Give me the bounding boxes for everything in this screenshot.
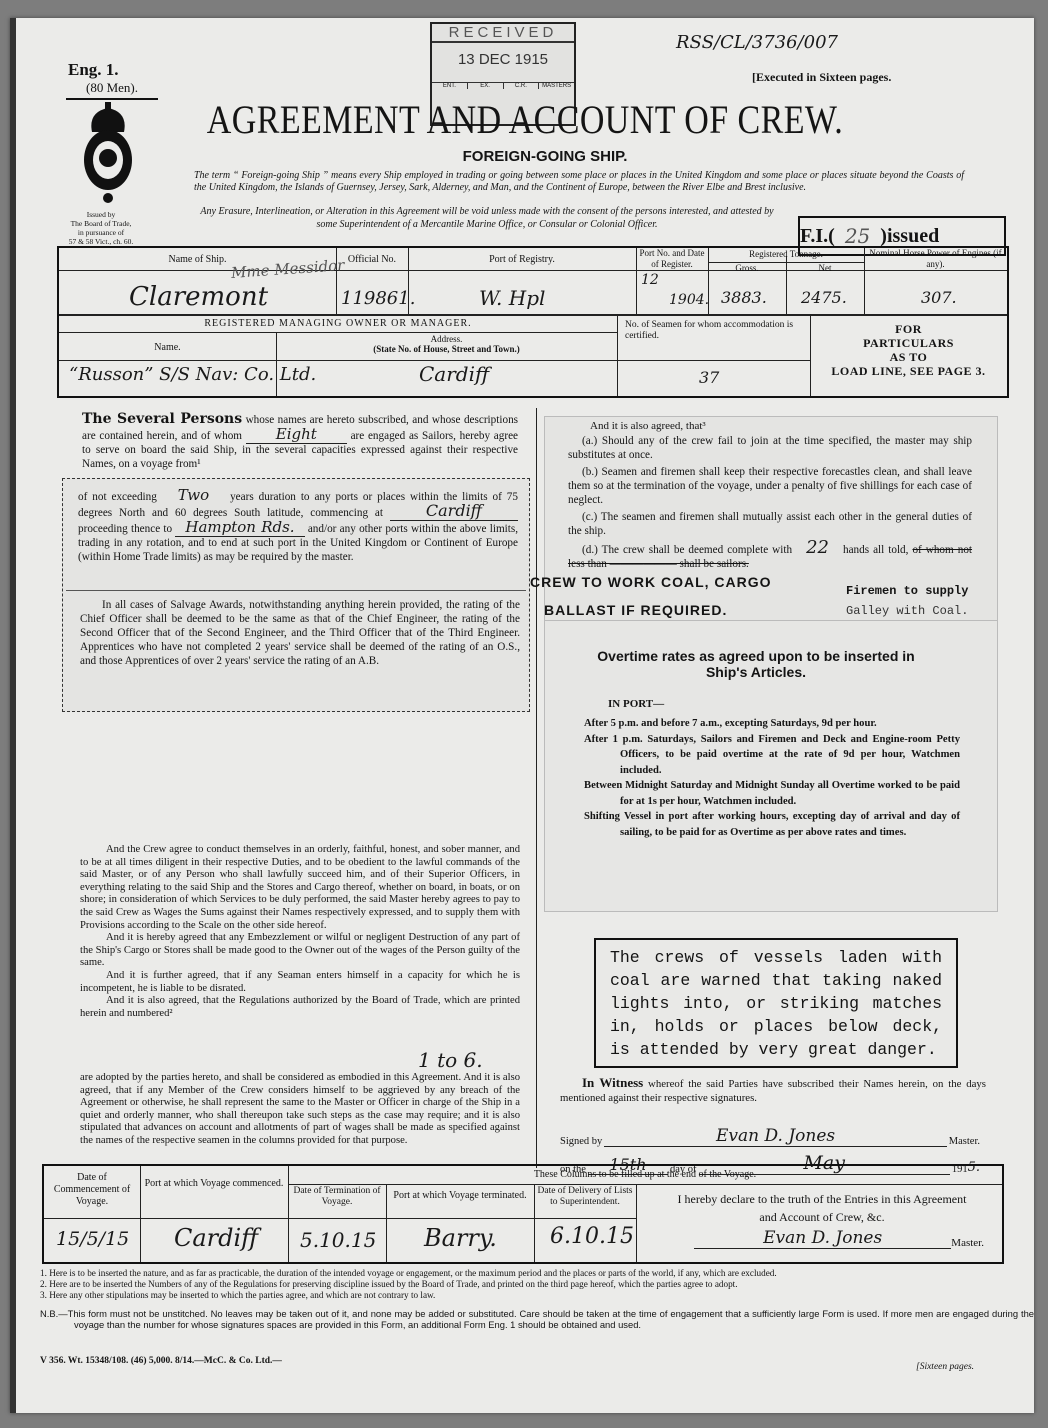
- label-owner-name: Name.: [59, 342, 276, 354]
- witness-clause: In Witness whereof the said Parties have…: [560, 1076, 986, 1105]
- adopted-clause: are adopted by the parties hereto, and s…: [80, 1072, 520, 1148]
- stipulation-d-cont: hands all told,: [843, 544, 908, 556]
- issuer-line: in pursuance of: [46, 228, 156, 237]
- official-no-value: 119861.: [341, 288, 415, 309]
- port-no-value: 12: [641, 272, 659, 288]
- issuer-line: Issued by: [46, 210, 156, 219]
- master-label: Master.: [951, 1237, 984, 1249]
- signed-by-line: Signed by Evan D. Jones Master.: [560, 1126, 980, 1147]
- crew-hands-value: 22: [796, 537, 839, 558]
- firemen-stamp-line2: Galley with Coal.: [846, 604, 968, 618]
- seamen-count-value: 37: [699, 368, 719, 387]
- voyage-dates-table: Date of Commencement of Voyage. Port at …: [42, 1164, 1004, 1264]
- clause-text: of not exceeding: [78, 491, 157, 503]
- nb-note: N.B.—This form must not be unstitched. N…: [40, 1308, 1034, 1330]
- clause-text: proceeding thence to: [78, 523, 172, 535]
- overtime-item: Between Midnight Saturday and Midnight S…: [584, 778, 960, 809]
- label-official-no: Official No.: [336, 254, 408, 266]
- label-owner-address: Address. (State No. of House, Street and…: [276, 334, 617, 354]
- declaration-signature: Evan D. Jones: [694, 1228, 951, 1249]
- label-port-commenced: Port at which Voyage commenced.: [140, 1178, 288, 1190]
- label-commencement: Date of Commencement of Voyage.: [44, 1172, 140, 1208]
- erasure-note: Any Erasure, Interlineation, or Alterati…: [192, 206, 782, 231]
- issuer-line: The Board of Trade,: [46, 219, 156, 228]
- crew-agree-text: And the Crew agree to conduct themselves…: [80, 844, 520, 932]
- ship-register-table: Name of Ship. Official No. Port of Regis…: [57, 246, 1009, 398]
- overtime-item: After 1 p.m. Saturdays, Sailors and Fire…: [584, 732, 960, 779]
- printer-imprint: V 356. Wt. 15348/108. (46) 5,000. 8/14.—…: [40, 1356, 282, 1366]
- form-code: Eng. 1.: [68, 60, 119, 80]
- overtime-title: Overtime rates as agreed upon to be inse…: [576, 648, 936, 680]
- owner-name-value: “Russon” S/S Nav: Co. Ltd.: [69, 364, 316, 385]
- voyage-from-value: Cardiff: [390, 501, 518, 521]
- label-gross: Gross.: [708, 262, 786, 274]
- stamp-prefix: F.I.(: [800, 225, 835, 248]
- port-commenced-value: Cardiff: [174, 1224, 258, 1252]
- coal-cargo-stamp: CREW TO WORK COAL, CARGO: [530, 574, 772, 590]
- stipulations-list: (a.) Should any of the crew fail to join…: [568, 434, 972, 571]
- regulations-numbers-value: 1 to 6.: [418, 1048, 483, 1072]
- stamp-suffix: )issued: [880, 225, 939, 248]
- gross-tonnage-value: 3883.: [721, 288, 767, 307]
- also-agreed-heading: And it is also agreed, that³: [590, 420, 706, 432]
- load-line-note: FOR PARTICULARS AS TO LOAD LINE, SEE PAG…: [810, 322, 1007, 378]
- label-port-no-date: Port No. and Date of Register.: [636, 248, 708, 270]
- master-signature: Evan D. Jones: [604, 1126, 947, 1147]
- several-persons-heading: The Several Persons: [82, 411, 242, 427]
- crew-conduct-clause: And the Crew agree to conduct themselves…: [80, 844, 520, 1020]
- regulations-text: And it is also agreed, that the Regulati…: [80, 995, 520, 1020]
- register-year-value: 1904.: [669, 292, 709, 308]
- address-hint: (State No. of House, Street and Town.): [276, 344, 617, 354]
- declaration-text: I hereby declare to the truth of the Ent…: [672, 1190, 972, 1226]
- footnote: 3. Here any other stipulations may be in…: [40, 1290, 1000, 1301]
- stamp-title: RECEIVED: [432, 24, 574, 43]
- executed-note: [Executed in Sixteen pages.: [752, 70, 891, 85]
- load-line-text: LOAD LINE, SEE PAGE 3.: [810, 364, 1007, 378]
- load-line-text: AS TO: [810, 350, 1007, 364]
- footnote: 2. Here are to be inserted the Numbers o…: [40, 1279, 1000, 1290]
- address-label: Address.: [276, 334, 617, 344]
- voyage-to-value: Hampton Rds.: [175, 518, 304, 537]
- stipulation-b: (b.) Seamen and firemen shall keep their…: [568, 465, 972, 507]
- firemen-stamp-line1: Firemen to supply: [846, 584, 968, 598]
- port-registry-value: W. Hpl: [479, 286, 545, 310]
- coal-warning-text: The crews of vessels laden with coal are…: [596, 940, 956, 1067]
- footnotes: 1. Here is to be inserted the nature, an…: [40, 1268, 1000, 1301]
- end-of-voyage-header: These Columns to be filled up at the end…: [288, 1169, 1002, 1181]
- page-title: AGREEMENT AND ACCOUNT OF CREW.: [92, 96, 957, 143]
- stamp-col: C.R.: [504, 83, 540, 89]
- issuer-note: Issued by The Board of Trade, in pursuan…: [46, 210, 156, 246]
- label-termination: Date of Termination of Voyage.: [288, 1186, 386, 1207]
- voyage-clause: of not exceeding Two years duration to a…: [78, 488, 518, 564]
- witness-heading: In Witness: [560, 1075, 643, 1090]
- stamp-date: 13 DEC 1915: [432, 51, 574, 68]
- label-delivery: Date of Delivery of Lists to Superintend…: [534, 1186, 636, 1207]
- master-label: Master.: [949, 1136, 980, 1147]
- load-line-text: PARTICULARS: [810, 336, 1007, 350]
- disrated-text: And it is further agreed, that if any Se…: [80, 970, 520, 995]
- label-net: Net: [786, 262, 864, 274]
- foreign-going-definition: The term “ Foreign-going Ship ” means ev…: [194, 170, 964, 193]
- salvage-clause: In all cases of Salvage Awards, notwiths…: [80, 598, 520, 668]
- termination-value: 5.10.15: [300, 1228, 376, 1252]
- stamp-col: ENT.: [432, 83, 468, 89]
- embezzlement-text: And it is hereby agreed that any Embezzl…: [80, 932, 520, 970]
- owner-section-title: REGISTERED MANAGING OWNER OR MANAGER.: [59, 318, 617, 330]
- label-seamen-accommodation: No. of Seamen for whom accommodation is …: [625, 320, 805, 342]
- stipulation-a: (a.) Should any of the crew fail to join…: [568, 434, 972, 462]
- stipulation-d: (d.) The crew shall be deemed complete w…: [582, 544, 792, 556]
- port-terminated-value: Barry.: [424, 1224, 497, 1252]
- several-persons-clause: The Several Persons whose names are here…: [82, 412, 518, 471]
- stipulation-c: (c.) The seamen and firemen shall mutual…: [568, 510, 972, 538]
- ballast-stamp: BALLAST IF REQUIRED.: [544, 602, 727, 618]
- sailors-count-value: Eight: [246, 425, 347, 444]
- signed-by-label: Signed by: [560, 1136, 602, 1147]
- commencement-value: 15/5/15: [56, 1228, 129, 1250]
- overtime-item: Shifting Vessel in port after working ho…: [584, 809, 960, 840]
- overtime-item: After 5 p.m. and before 7 a.m., exceptin…: [584, 716, 960, 732]
- stamp-col: EX.: [468, 83, 504, 89]
- voyage-years-value: Two: [162, 486, 225, 504]
- label-port-terminated: Port at which Voyage terminated.: [386, 1190, 534, 1202]
- archive-reference: RSS/CL/3736/007: [676, 32, 838, 53]
- load-line-text: FOR: [810, 322, 1007, 336]
- label-tonnage: Registered Tonnage.: [708, 248, 864, 260]
- delivery-value: 6.10.15: [550, 1224, 634, 1249]
- label-horse-power: Nominal Horse Power of Engines (if any).: [864, 248, 1007, 270]
- declaration-signature-line: Evan D. Jones Master.: [694, 1228, 984, 1249]
- stamp-number: 25: [845, 224, 870, 248]
- footnote: 1. Here is to be inserted the nature, an…: [40, 1268, 1000, 1279]
- net-tonnage-value: 2475.: [801, 288, 847, 307]
- owner-address-value: Cardiff: [419, 362, 489, 386]
- stamp-col: MASTERS: [539, 83, 574, 89]
- ship-name-value: Claremont: [129, 282, 268, 312]
- issuer-line: 57 & 58 Vict., ch. 60.: [46, 237, 156, 246]
- coal-warning-box: The crews of vessels laden with coal are…: [594, 938, 958, 1068]
- in-port-heading: IN PORT—: [608, 698, 664, 710]
- document-page: Eng. 1. (80 Men). Issued by The Board of…: [10, 18, 1034, 1413]
- page-subtitle: FOREIGN-GOING SHIP.: [16, 148, 1034, 165]
- overtime-list: After 5 p.m. and before 7 a.m., exceptin…: [584, 716, 960, 840]
- horse-power-value: 307.: [921, 288, 957, 307]
- sixteen-pages-note: [Sixteen pages.: [916, 1362, 974, 1372]
- label-port-registry: Port of Registry.: [408, 254, 636, 266]
